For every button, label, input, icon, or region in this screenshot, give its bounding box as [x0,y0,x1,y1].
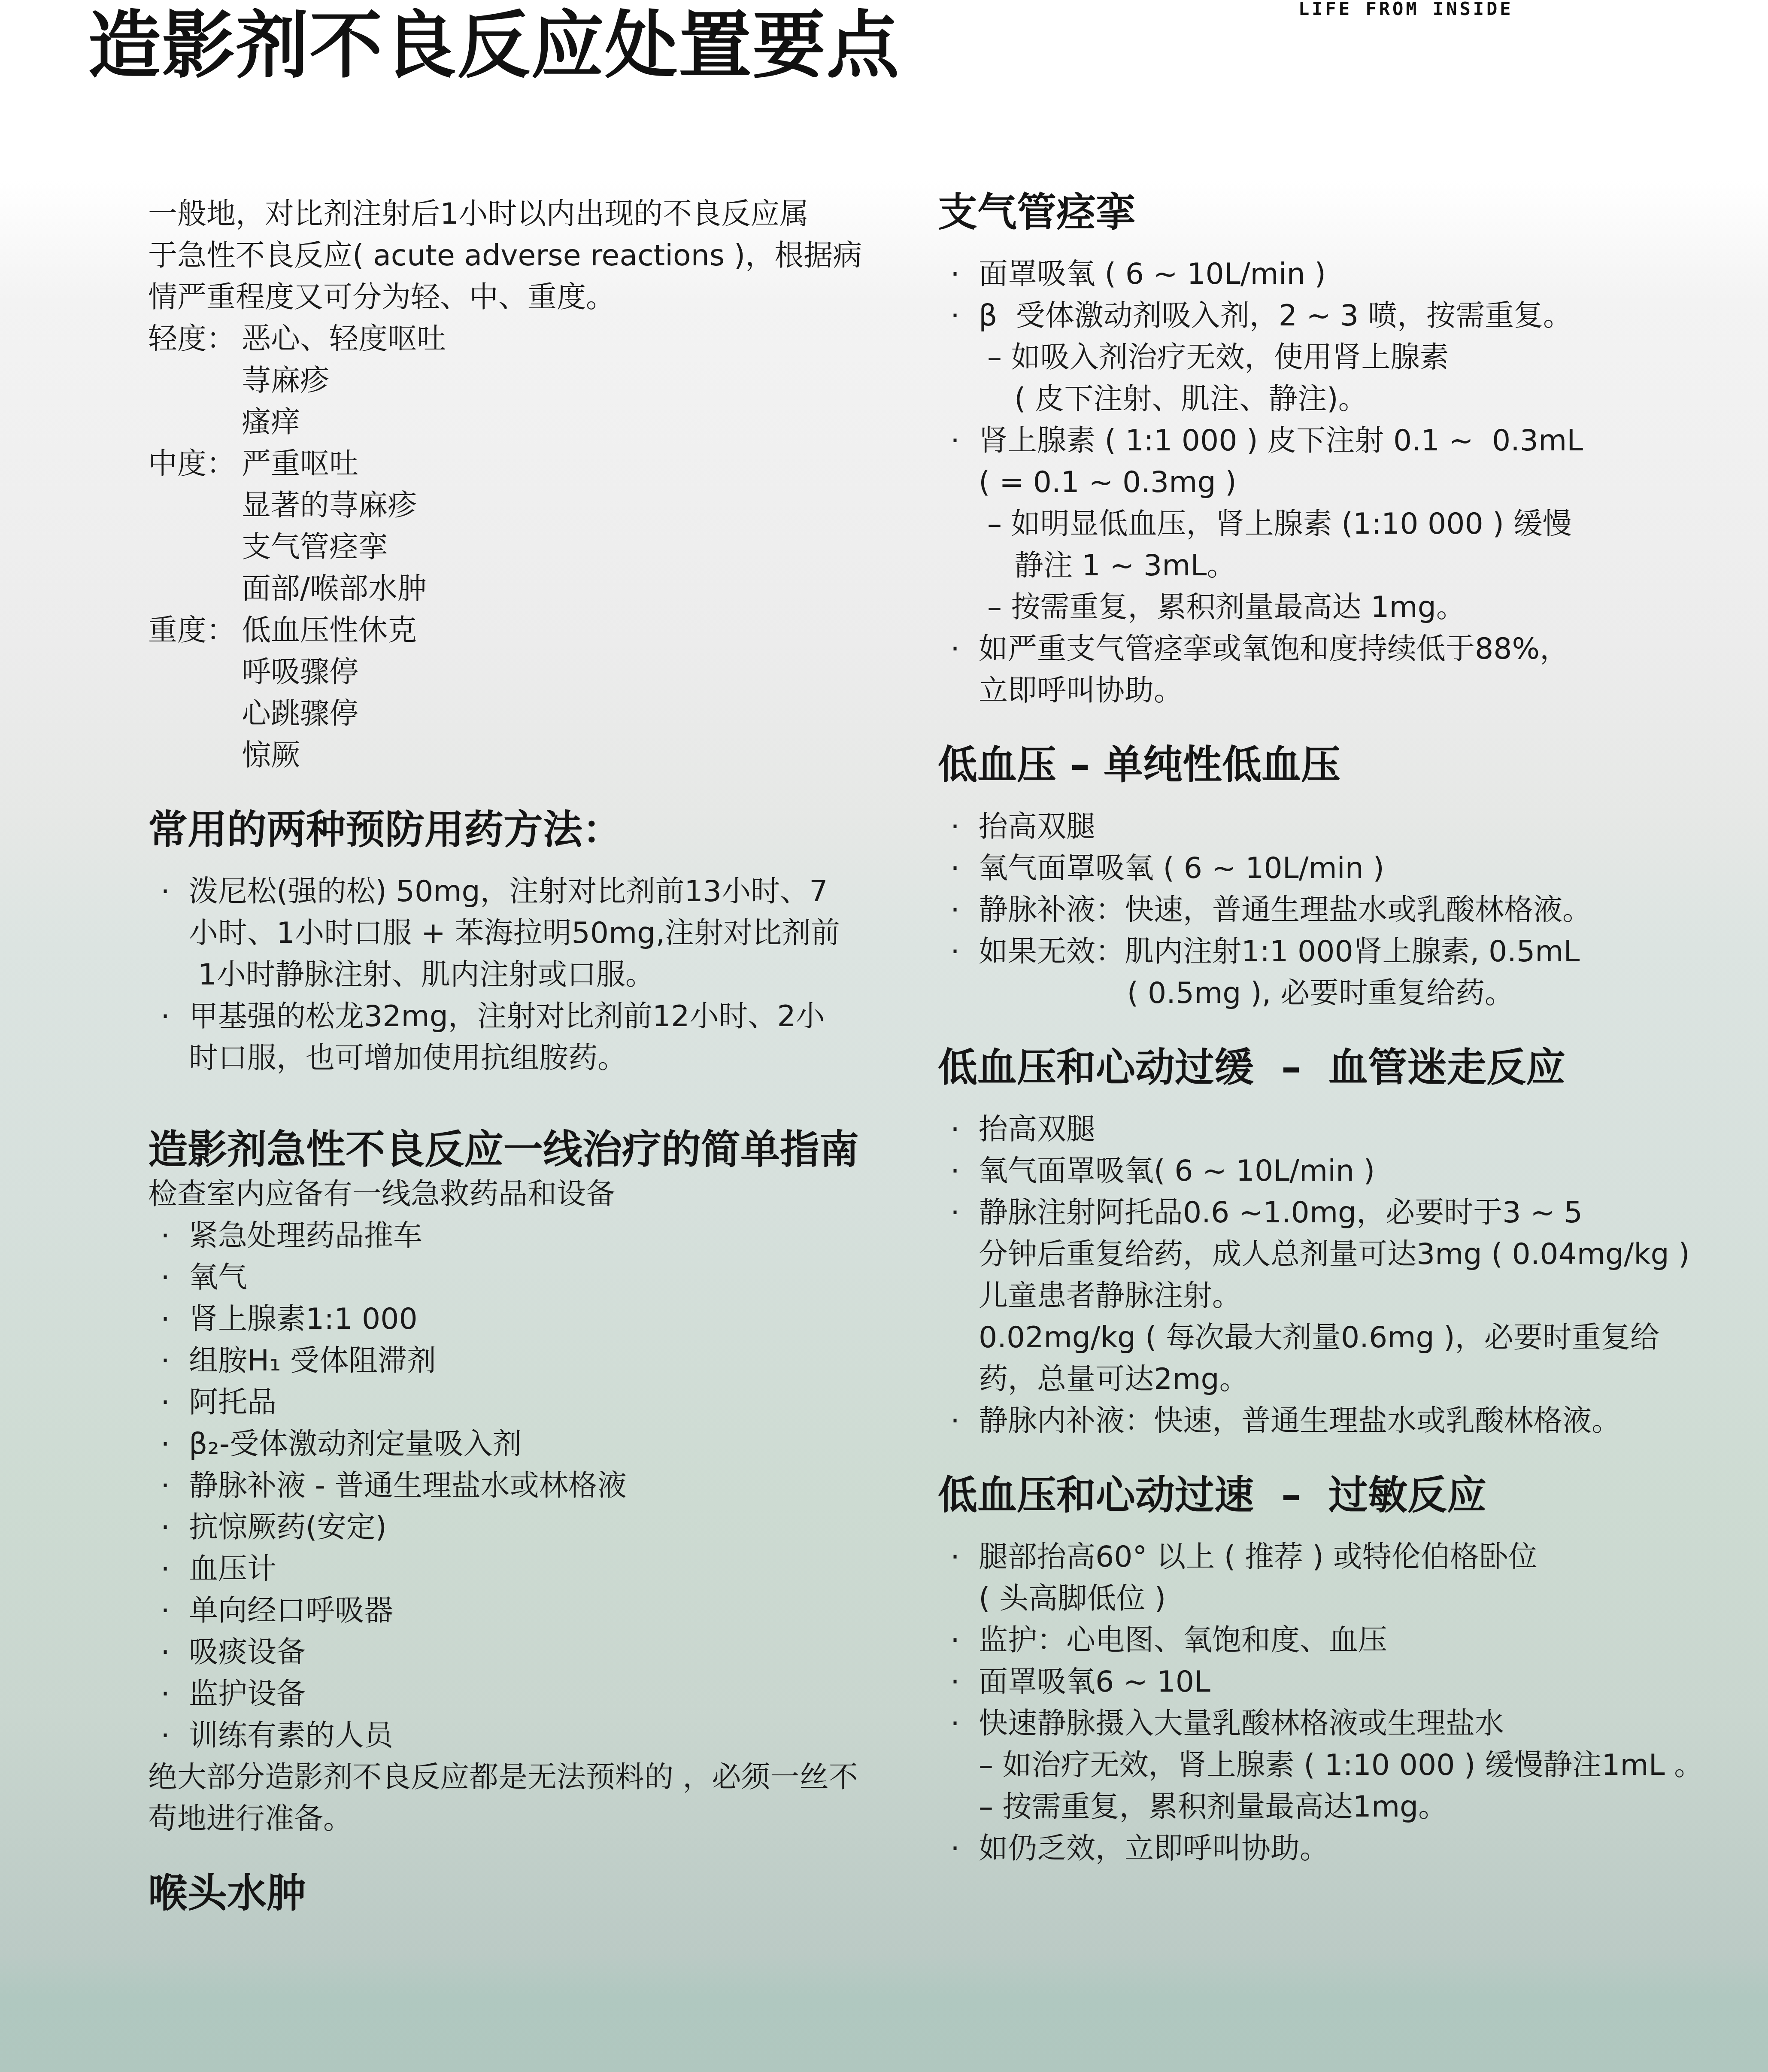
section-heading-laryngeal: 喉头水肿 [148,1870,921,1917]
vagal-list: ·抬高双腿 ·氧气面罩吸氧( 6 ~ 10L/min ) ·静脉注射阿托品0.6… [938,1109,1753,1442]
bullet-icon: · [157,1715,174,1756]
severity-label: 中度： [148,443,242,485]
left-column: 一般地，对比剂注射后1小时以内出现的不良反应属 于急性不良反应( acute a… [148,193,921,1917]
bullet-icon: · [157,1507,174,1548]
list-item: ·吸痰设备 [148,1631,921,1673]
list-item: ·单向经口呼吸器 [148,1590,921,1631]
bullet-icon: · [946,628,964,670]
list-item: ·抬高双腿 [938,1109,1753,1150]
severity-item: 严重呕吐 [242,443,358,485]
list-item-cont: 分钟后重复给药，成人总剂量可达3mg ( 0.04mg/kg ) [938,1233,1753,1275]
sub-item: – 按需重复，累积剂量最高达 1mg。 [938,586,1753,628]
prevention-list: ·泼尼松(强的松) 50mg，注射对比剂前13小时、7 小时、1小时口服 + 苯… [148,871,921,1079]
bullet-icon: · [946,806,964,848]
bullet-icon: · [157,1423,174,1465]
severity-item: 恶心、轻度呕吐 [242,318,446,360]
right-column: 支气管痉挛 ·面罩吸氧 ( 6 ~ 10L/min ) ·β 受体激动剂吸入剂，… [938,189,1753,1869]
bullet-icon: · [157,1298,174,1340]
bullet-icon: · [946,420,964,462]
bullet-icon: · [946,1828,964,1869]
list-item: ·组胺H₁ 受体阻滞剂 [148,1340,921,1382]
intro-line: 于急性不良反应( acute adverse reactions )，根据病 [148,235,921,276]
severity-item: 面部/喉部水肿 [148,568,921,610]
bullet-icon: · [157,996,174,1037]
bullet-icon: · [946,1661,964,1703]
bronchospasm-list: ·面罩吸氧 ( 6 ~ 10L/min ) ·β 受体激动剂吸入剂，2 ~ 3 … [938,253,1753,711]
list-item-cont: 0.02mg/kg ( 每次最大剂量0.6mg )，必要时重复给 [938,1317,1753,1358]
list-item: ·阿托品 [148,1382,921,1423]
bullet-icon: · [157,1215,174,1257]
bullet-icon: · [946,889,964,931]
list-item: ·紧急处理药品推车 [148,1215,921,1257]
sub-item: – 如治疗无效，肾上腺素 ( 1:10 000 ) 缓慢静注1mL 。 [938,1744,1753,1786]
sub-item-cont: 静注 1 ~ 3mL。 [938,545,1753,586]
severity-label: 轻度： [148,318,242,360]
bullet-icon: · [157,871,174,912]
page-title: 造影剂不良反应处置要点 [88,9,900,82]
list-item-cont: ( 头高脚低位 ) [938,1578,1753,1619]
bullet-icon: · [946,1703,964,1744]
bullet-icon: · [946,1400,964,1442]
list-item: ·腿部抬高60° 以上 ( 推荐 ) 或特伦伯格卧位 [938,1536,1753,1578]
list-item: ·β 受体激动剂吸入剂，2 ~ 3 喷，按需重复。 [938,295,1753,337]
severity-severe: 重度： 低血压性休克 [148,610,921,651]
list-item: ·监护设备 [148,1673,921,1715]
severity-item: 显著的荨麻疹 [148,485,921,526]
section-heading-anaphylaxis: 低血压和心动过速 – 过敏反应 [938,1472,1753,1519]
list-item: ·如严重支气管痉挛或氧饱和度持续低于88%， [938,628,1753,670]
list-item: ·肾上腺素1:1 000 [148,1298,921,1340]
list-item: ·血压计 [148,1548,921,1590]
severity-item: 呼吸骤停 [148,651,921,693]
section-heading-prevention: 常用的两种预防用药方法： [148,806,921,854]
list-item-cont: 时口服，也可增加使用抗组胺药。 [148,1037,921,1079]
bullet-icon: · [157,1548,174,1590]
list-item-cont: 立即呼叫协助。 [938,670,1753,711]
bullet-icon: · [157,1590,174,1631]
bullet-icon: · [946,1192,964,1233]
section-heading-vagal: 低血压和心动过缓 – 血管迷走反应 [938,1044,1753,1091]
list-item: ·甲基强的松龙32mg，注射对比剂前12小时、2小 [148,996,921,1037]
list-item: ·肾上腺素 ( 1:1 000 ) 皮下注射 0.1 ~ 0.3mL [938,420,1753,462]
list-item: ·抬高双腿 [938,806,1753,848]
bullet-icon: · [946,848,964,889]
bullet-icon: · [946,1619,964,1661]
bullet-icon: · [157,1465,174,1507]
bullet-icon: · [946,1150,964,1192]
list-item: ·静脉补液 - 普通生理盐水或林格液 [148,1465,921,1507]
bullet-icon: · [946,931,964,972]
severity-item: 心跳骤停 [148,693,921,735]
anaphylaxis-list: ·腿部抬高60° 以上 ( 推荐 ) 或特伦伯格卧位 ( 头高脚低位 ) ·监护… [938,1536,1753,1869]
list-item: ·如果无效：肌内注射1:1 000肾上腺素, 0.5mL [938,931,1753,972]
sub-item: – 如明显低血压，肾上腺素 (1:10 000 ) 缓慢 [938,503,1753,545]
bullet-icon: · [157,1257,174,1298]
list-item-cont: 药，总量可达2mg。 [938,1358,1753,1400]
severity-label: 重度： [148,610,242,651]
intro-line: 情严重程度又可分为轻、中、重度。 [148,276,921,318]
list-item: ·监护：心电图、氧饱和度、血压 [938,1619,1753,1661]
closing-line: 绝大部分造影剂不良反应都是无法预料的 ，必须一丝不 [148,1756,921,1798]
bullet-icon: · [946,295,964,337]
list-item: ·训练有素的人员 [148,1715,921,1756]
section-heading-bronchospasm: 支气管痉挛 [938,189,1753,236]
closing-line: 苟地进行准备。 [148,1798,921,1840]
list-item-cont: ( 0.5mg ), 必要时重复给药。 [938,972,1753,1014]
list-item-cont: 1小时静脉注射、肌内注射或口服。 [148,954,921,996]
guide-lead: 检查室内应备有一线急救药品和设备 [148,1173,921,1215]
severity-list: 轻度： 恶心、轻度呕吐 荨麻疹 瘙痒 中度： 严重呕吐 显著的荨麻疹 支气管痉挛… [148,318,921,776]
sub-item: – 按需重复，累积剂量最高达1mg。 [938,1786,1753,1828]
list-item: ·如仍乏效，立即呼叫协助。 [938,1828,1753,1869]
severity-item: 荨麻疹 [148,360,921,401]
bullet-icon: · [946,253,964,295]
sub-item-cont: ( 皮下注射、肌注、静注)。 [938,378,1753,420]
list-item: ·面罩吸氧6 ~ 10L [938,1661,1753,1703]
section-heading-hypotension: 低血压 – 单纯性低血压 [938,741,1753,789]
intro-line: 一般地，对比剂注射后1小时以内出现的不良反应属 [148,193,921,235]
severity-item: 瘙痒 [148,401,921,443]
bullet-icon: · [157,1631,174,1673]
bullet-icon: · [157,1673,174,1715]
list-item: ·快速静脉摄入大量乳酸林格液或生理盐水 [938,1703,1753,1744]
bullet-icon: · [946,1536,964,1578]
list-item: ·氧气 [148,1257,921,1298]
bullet-icon: · [157,1340,174,1382]
list-item: ·抗惊厥药(安定) [148,1507,921,1548]
list-item: ·静脉补液：快速，普通生理盐水或乳酸林格液。 [938,889,1753,931]
bullet-icon: · [946,1109,964,1150]
section-heading-guide: 造影剂急性不良反应一线治疗的简单指南 [148,1126,921,1173]
sub-item: – 如吸入剂治疗无效，使用肾上腺素 [938,337,1753,378]
list-item: ·静脉注射阿托品0.6 ~1.0mg，必要时于3 ~ 5 [938,1192,1753,1233]
list-item: ·面罩吸氧 ( 6 ~ 10L/min ) [938,253,1753,295]
list-item: ·泼尼松(强的松) 50mg，注射对比剂前13小时、7 [148,871,921,912]
intro-paragraph: 一般地，对比剂注射后1小时以内出现的不良反应属 于急性不良反应( acute a… [148,193,921,318]
brand-tagline: LIFE FROM INSIDE [1298,0,1513,18]
list-item: ·静脉内补液：快速，普通生理盐水或乳酸林格液。 [938,1400,1753,1442]
severity-moderate: 中度： 严重呕吐 [148,443,921,485]
severity-item: 支气管痉挛 [148,526,921,568]
severity-item: 惊厥 [148,735,921,776]
list-item-cont: ( = 0.1 ~ 0.3mg ) [938,462,1753,503]
equipment-list: ·紧急处理药品推车 ·氧气 ·肾上腺素1:1 000 ·组胺H₁ 受体阻滞剂 ·… [148,1215,921,1756]
severity-item: 低血压性休克 [242,610,417,651]
bullet-icon: · [157,1382,174,1423]
list-item: ·氧气面罩吸氧( 6 ~ 10L/min ) [938,1150,1753,1192]
list-item: ·氧气面罩吸氧 ( 6 ~ 10L/min ) [938,848,1753,889]
hypotension-list: ·抬高双腿 ·氧气面罩吸氧 ( 6 ~ 10L/min ) ·静脉补液：快速，普… [938,806,1753,1014]
list-item-cont: 儿童患者静脉注射。 [938,1275,1753,1317]
list-item: ·β₂-受体激动剂定量吸入剂 [148,1423,921,1465]
severity-mild: 轻度： 恶心、轻度呕吐 [148,318,921,360]
list-item-cont: 小时、1小时口服 + 苯海拉明50mg,注射对比剂前 [148,912,921,954]
